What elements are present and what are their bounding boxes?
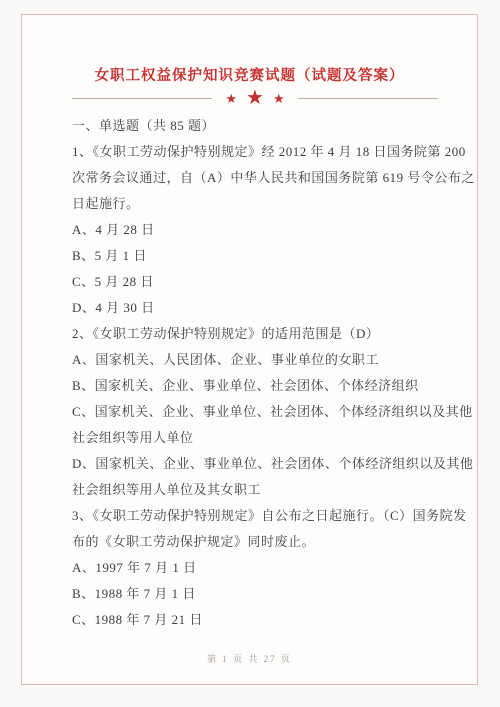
page-number: 第 1 页 共 27 页: [22, 652, 477, 665]
text-line: 3、《女职工劳动保护特别规定》自公布之日起施行。（C）国务院发: [72, 503, 442, 529]
divider-line-left: [72, 98, 212, 99]
document-body: 一、单选题（共 85 题） 1、《女职工劳动保护特别规定》经 2012 年 4 …: [72, 113, 442, 633]
text-line: A、国家机关、人民团体、企业、事业单位的女职工: [72, 347, 442, 373]
document-title: 女职工权益保护知识竞赛试题（试题及答案）: [22, 64, 477, 85]
document-page-frame: 女职工权益保护知识竞赛试题（试题及答案） ★ ★ ★ 一、单选题（共 85 题）…: [21, 14, 478, 685]
text-line: A、1997 年 7 月 1 日: [72, 555, 442, 581]
text-line: D、国家机关、企业、事业单位、社会团体、个体经济组织以及其他: [72, 451, 442, 477]
text-line: C、1988 年 7 月 21 日: [72, 607, 442, 633]
text-line: D、4 月 30 日: [72, 295, 442, 321]
star-icon: ★: [242, 88, 268, 108]
text-line: 布的《女职工劳动保护规定》同时废止。: [72, 529, 442, 555]
text-line: 2、《女职工劳动保护特别规定》的适用范围是（D）: [72, 321, 442, 347]
text-line: 社会组织等用人单位: [72, 425, 442, 451]
text-line: 次常务会议通过，自（A）中华人民共和国国务院第 619 号令公布之: [72, 165, 442, 191]
star-icon: ★: [268, 92, 290, 105]
text-line: A、4 月 28 日: [72, 217, 442, 243]
section-heading: 一、单选题（共 85 题）: [72, 113, 442, 139]
question-lines: 1、《女职工劳动保护特别规定》经 2012 年 4 月 18 日国务院第 200…: [72, 139, 442, 633]
star-divider: ★ ★ ★: [72, 88, 438, 108]
text-line: B、5 月 1 日: [72, 243, 442, 269]
text-line: 社会组织等用人单位及其女职工: [72, 477, 442, 503]
text-line: B、1988 年 7 月 1 日: [72, 581, 442, 607]
text-line: C、国家机关、企业、事业单位、社会团体、个体经济组织以及其他: [72, 399, 442, 425]
text-line: C、5 月 28 日: [72, 269, 442, 295]
star-icon: ★: [220, 92, 242, 105]
text-line: B、国家机关、企业、事业单位、社会团体、个体经济组织: [72, 373, 442, 399]
text-line: 1、《女职工劳动保护特别规定》经 2012 年 4 月 18 日国务院第 200: [72, 139, 442, 165]
divider-line-right: [298, 98, 438, 99]
text-line: 日起施行。: [72, 191, 442, 217]
